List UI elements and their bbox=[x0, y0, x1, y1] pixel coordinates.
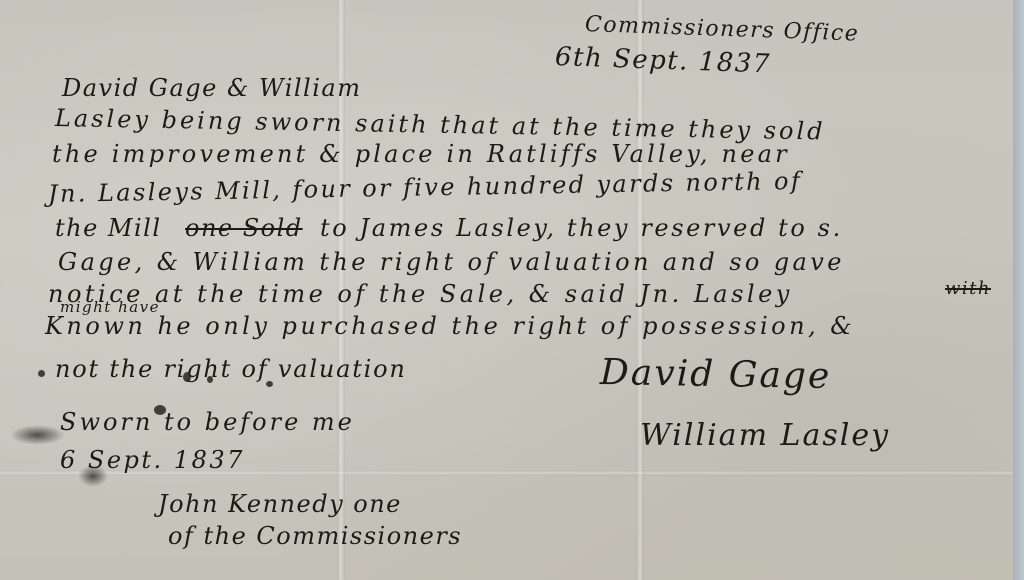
ink-blot bbox=[38, 370, 45, 377]
ink-smudge bbox=[10, 425, 65, 445]
body-line-1: David Gage & William bbox=[62, 74, 361, 102]
jurat-official-title: of the Commissioners bbox=[168, 522, 462, 550]
body-line-4: Jn. Lasleys Mill, four or five hundred y… bbox=[48, 167, 803, 208]
ink-blot bbox=[266, 381, 273, 387]
body-line-5a: the Mill bbox=[55, 214, 162, 242]
signature-david-gage: David Gage bbox=[600, 352, 832, 397]
background-edge bbox=[1013, 0, 1024, 580]
body-line-5b: to James Lasley, they reserved to s. bbox=[320, 214, 843, 242]
jurat-official-name: John Kennedy one bbox=[158, 490, 402, 518]
body-line-9: not the right of valuation bbox=[55, 355, 407, 383]
ink-blot bbox=[154, 405, 166, 415]
ink-blot bbox=[183, 372, 191, 382]
struck-text: one Sold bbox=[185, 214, 303, 242]
ink-blot bbox=[207, 376, 213, 383]
paper-sheet: Commissioners Office 6th Sept. 1837 Davi… bbox=[0, 0, 1013, 580]
office-heading: Commissioners Office bbox=[585, 12, 860, 47]
struck-text-end: with bbox=[945, 278, 991, 299]
body-line-3: the improvement & place in Ratliffs Vall… bbox=[52, 140, 790, 168]
signature-william-lasley: William Lasley bbox=[640, 418, 890, 453]
ink-smudge bbox=[78, 465, 108, 487]
header-date: 6th Sept. 1837 bbox=[554, 42, 771, 80]
body-line-8: Known he only purchased the right of pos… bbox=[45, 312, 855, 340]
jurat-sworn-line: Sworn to before me bbox=[60, 408, 355, 436]
document-photo: Commissioners Office 6th Sept. 1837 Davi… bbox=[0, 0, 1024, 580]
body-line-6: Gage, & William the right of valuation a… bbox=[58, 248, 845, 276]
